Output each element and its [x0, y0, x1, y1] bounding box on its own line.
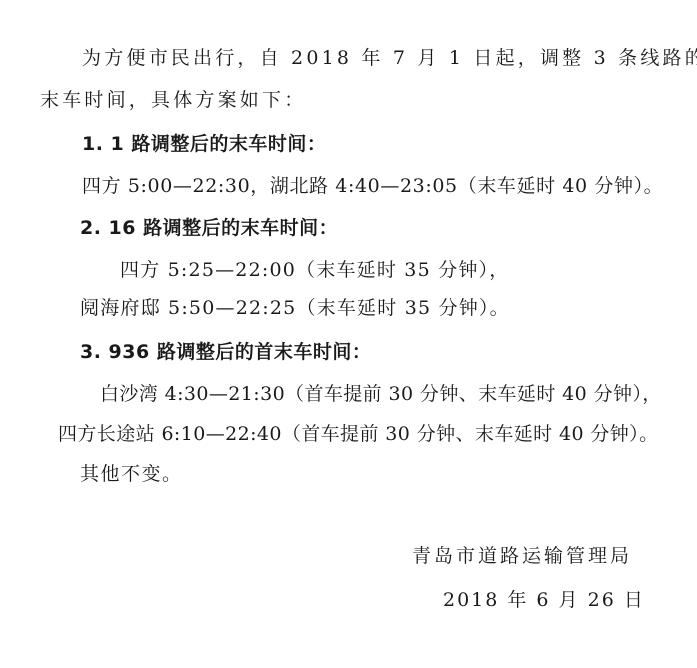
section-heading-route-936: 3. 936 路调整后的首末车时间： — [80, 340, 371, 364]
route-936-schedule-sifang-station: 四方长途站 6:10—22:40（首车提前 30 分钟、末车延时 40 分钟）。 — [58, 422, 658, 446]
route-16-schedule-sifang: 四方 5:25—22:00（末车延时 35 分钟）， — [120, 258, 509, 282]
section-heading-route-1: 1. 1 路调整后的末车时间： — [82, 132, 326, 156]
route-936-schedule-baishawan: 白沙湾 4:30—21:30（首车提前 30 分钟、末车延时 40 分钟）， — [100, 382, 662, 406]
route-16-schedule-haifu: 阋海府邸 5:50—22:25（末车延时 35 分钟）。 — [80, 296, 510, 320]
closing-text: 其他不变。 — [80, 462, 183, 486]
intro-paragraph-line-1: 为方便市民出行，自 2018 年 7 月 1 日起，调整 3 条线路的首 — [82, 46, 697, 70]
signature-date: 2018 年 6 月 26 日 — [443, 588, 645, 612]
route-1-schedule: 四方 5:00—22:30，湖北路 4:40—23:05（末车延时 40 分钟）… — [82, 174, 663, 198]
signature-organization: 青岛市道路运输管理局 — [412, 544, 632, 568]
section-heading-route-16: 2. 16 路调整后的末车时间： — [80, 216, 338, 240]
intro-paragraph-line-2: 末车时间，具体方案如下： — [40, 88, 306, 112]
